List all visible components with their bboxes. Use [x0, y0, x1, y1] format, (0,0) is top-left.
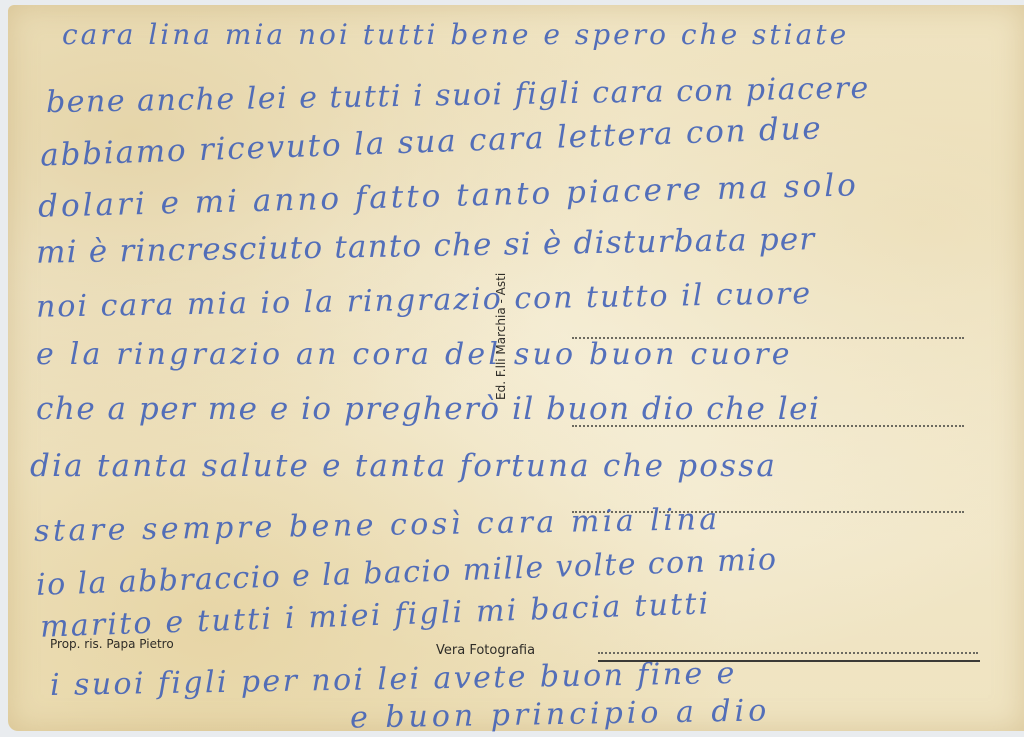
message-line: e buon principio a dio [350, 693, 771, 735]
address-line-4 [598, 652, 978, 654]
message-line: cara lina mia noi tutti bene e spero che… [62, 18, 849, 51]
message-line: dia tanta salute e tanta fortuna che pos… [30, 448, 777, 484]
photo-label: Vera Fotografia [436, 643, 535, 658]
message-line: e la ringrazio an cora del suo buon cuor… [36, 337, 793, 372]
message-line: che a per me e io pregherò il buon dio c… [36, 391, 820, 427]
